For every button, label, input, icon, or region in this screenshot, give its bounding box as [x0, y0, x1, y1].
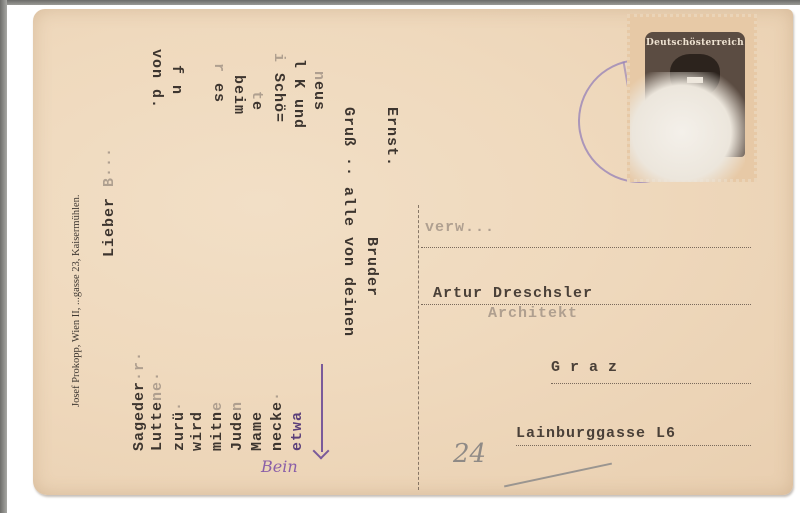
message-line-end: r es — [210, 63, 227, 103]
address-rule — [421, 247, 751, 248]
printer-imprint: Josef Prokopp, Wien II, ...gasse 23, Kai… — [71, 194, 82, 407]
message-line: mitne — [209, 401, 226, 451]
violet-arrow — [321, 364, 323, 452]
postcard: Josef Prokopp, Wien II, ...gasse 23, Kai… — [33, 9, 793, 495]
message-line: Luttene· — [149, 371, 166, 451]
message-line: zurü· — [171, 401, 188, 451]
message-line-end: i Schö= — [270, 53, 287, 123]
address-city: Graz — [551, 359, 627, 376]
message-line-end: neus — [310, 71, 327, 111]
message-line: Juden — [229, 401, 246, 451]
address-line-1: verw... — [425, 219, 495, 236]
message-line-end: l K und — [290, 59, 307, 129]
pencil-stroke — [504, 463, 612, 488]
address-rule — [421, 304, 751, 305]
center-divider — [418, 205, 419, 490]
message-line: etwa — [289, 411, 306, 451]
message-line: necke· — [269, 391, 286, 451]
handwritten-note: Bein — [261, 457, 298, 476]
address-title: Architekt — [488, 305, 578, 322]
message-greeting: Lieber B··· — [101, 147, 118, 257]
pencil-note: 24 — [453, 439, 486, 469]
address-street: Lainburggasse L6 — [516, 425, 676, 442]
scanner-edge-left — [0, 0, 7, 513]
message-line-end: von d. — [148, 49, 165, 109]
stamp-country: Deutschösterreich — [645, 38, 745, 48]
message-line: Sageder·r· — [131, 351, 148, 451]
message-line: wird — [189, 411, 206, 451]
stamp-worn-area — [630, 72, 745, 182]
message-line-end: beim — [230, 75, 247, 115]
message-line-end: te — [248, 91, 265, 111]
address-name: Artur Dreschsler — [433, 285, 593, 302]
arrow-head-icon — [313, 443, 330, 460]
message-line: Bruder — [363, 237, 380, 297]
address-rule — [516, 445, 751, 446]
message-line: Gruß ·· alle von deinen — [340, 107, 357, 337]
message-line: Mame — [249, 411, 266, 451]
address-rule — [551, 383, 751, 384]
scanner-edge — [0, 0, 800, 5]
message-signature: Ernst. — [383, 107, 400, 167]
postage-stamp: Deutschösterreich — [627, 14, 757, 182]
message-line-end: f n — [168, 65, 185, 95]
